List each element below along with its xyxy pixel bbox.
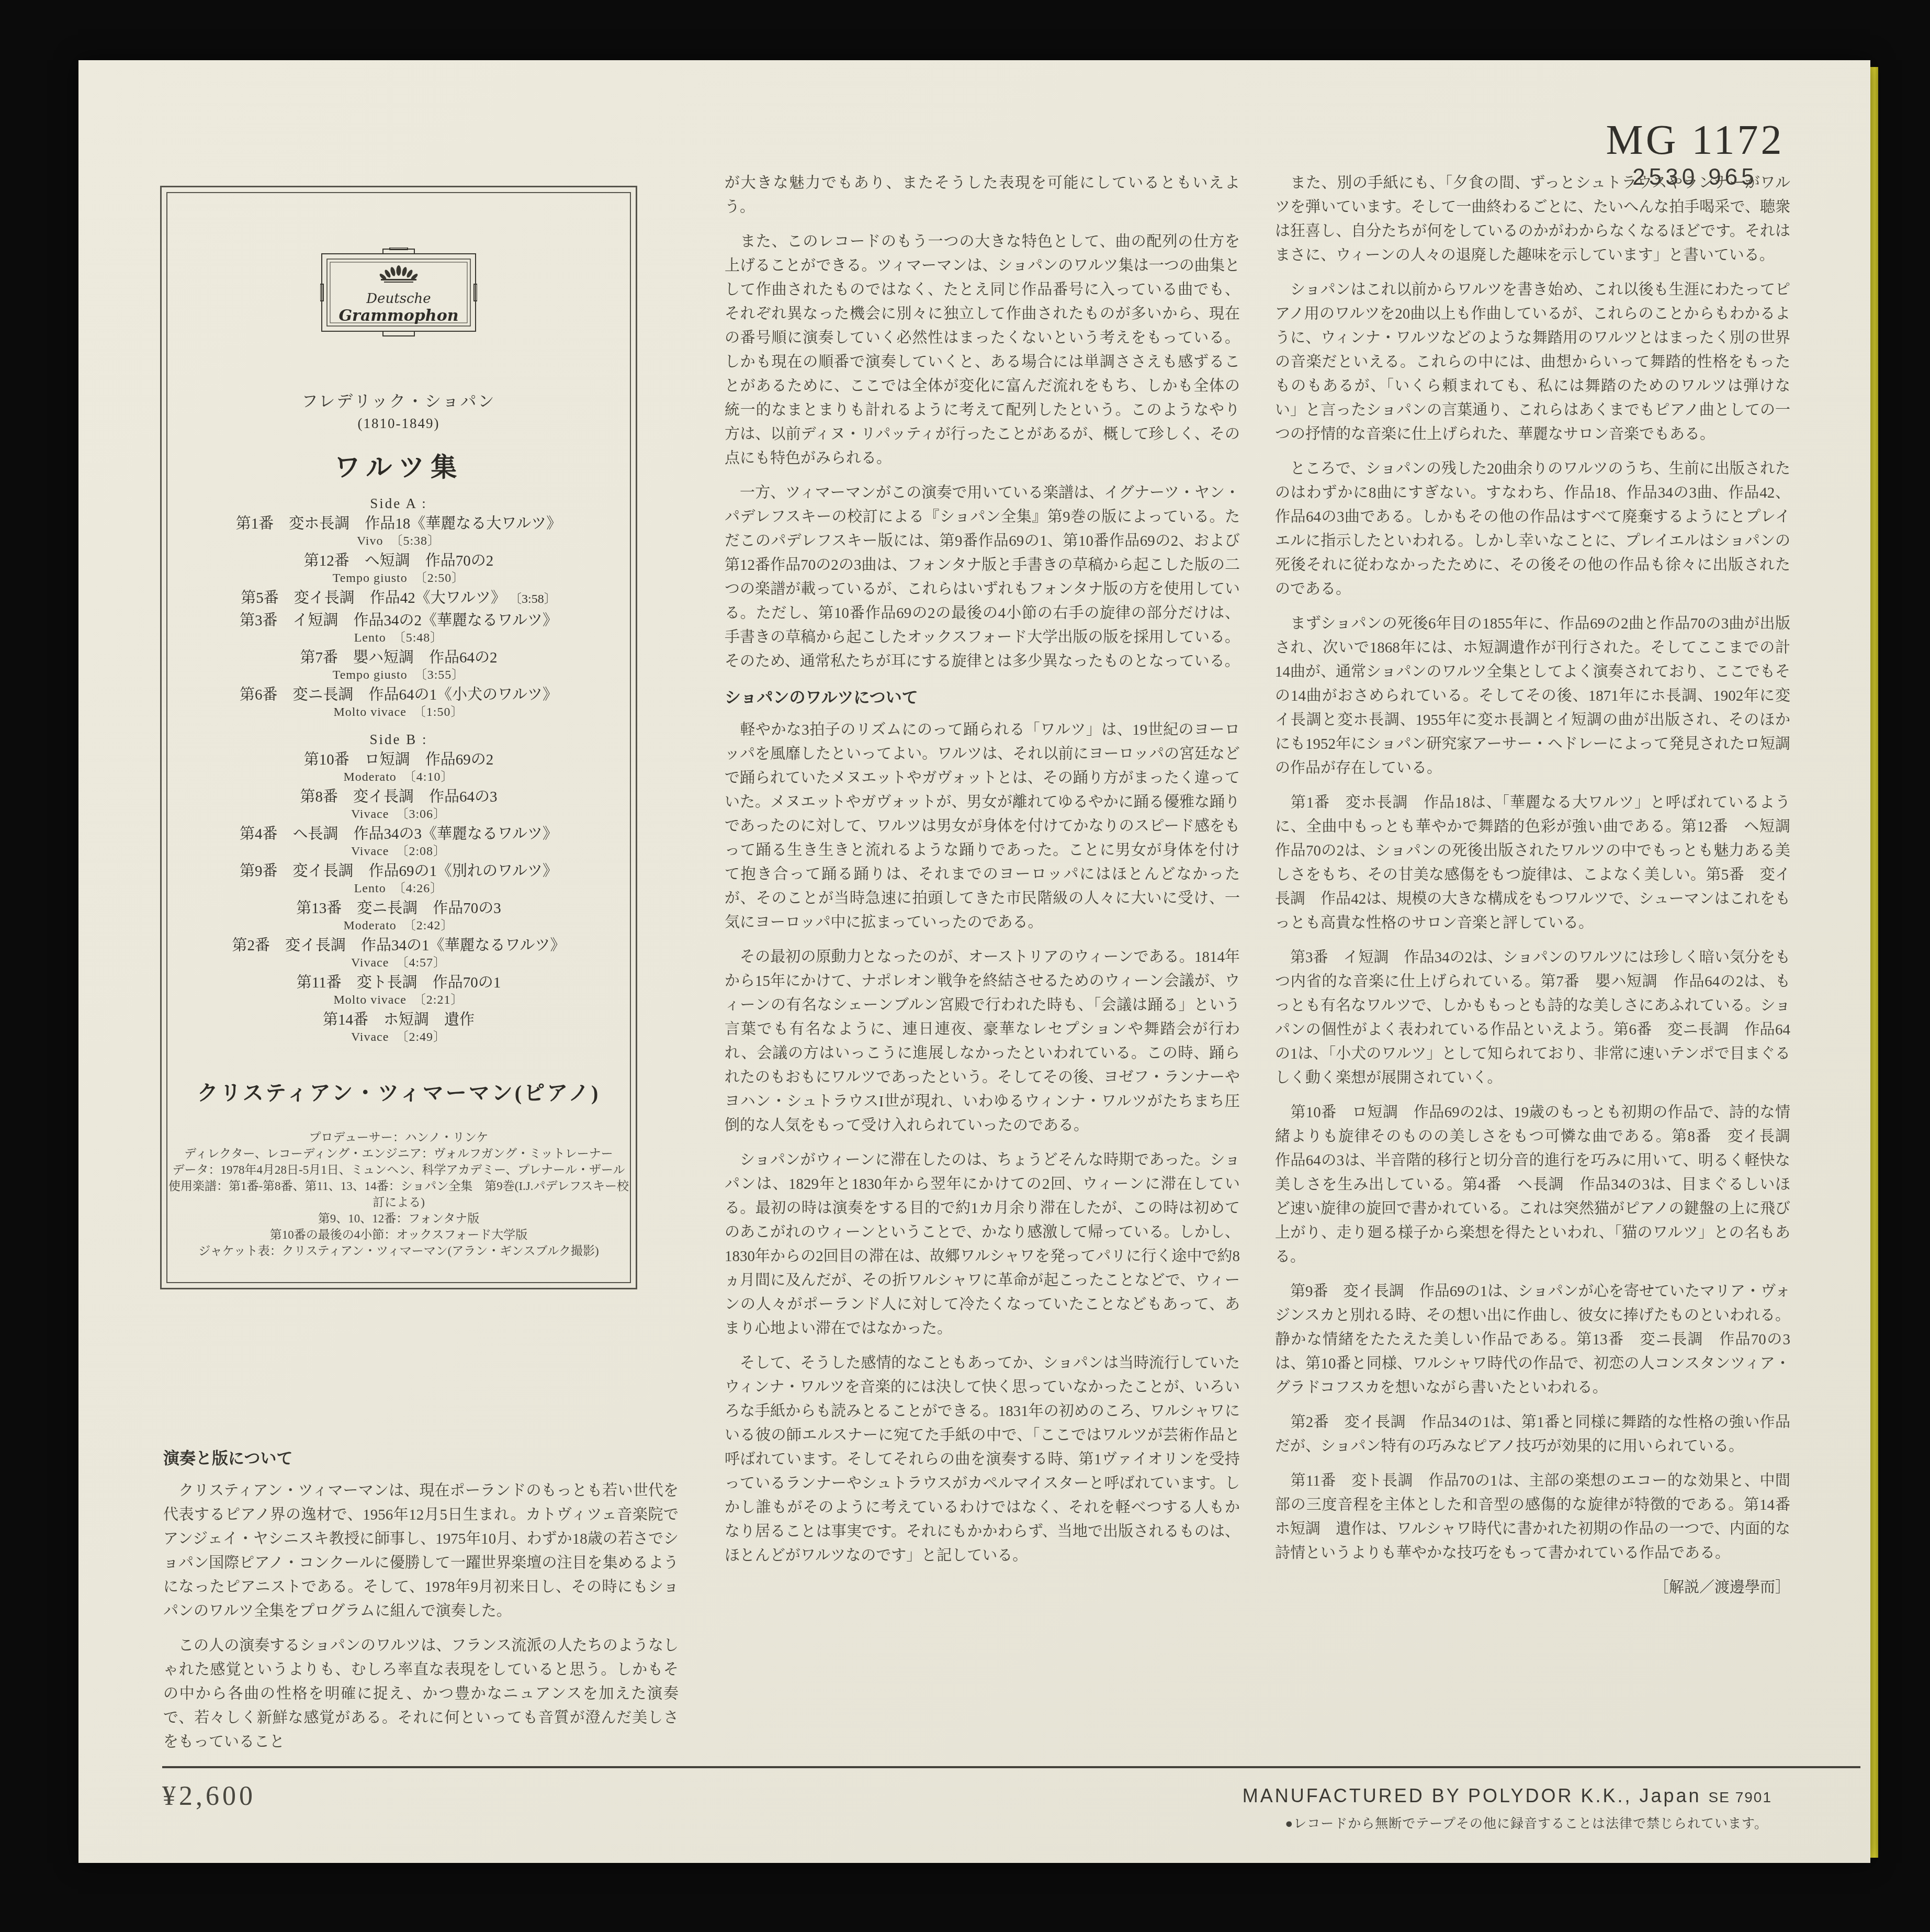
paragraph: 第3番 イ短調 作品34の2は、ショパンのワルツには珍しく暗い気分をもつ内省的な… xyxy=(1275,946,1790,1090)
track-row: 第11番 変ト長調 作品70の1 Molto vivace 〔2:21〕 xyxy=(167,973,630,1008)
section-heading-performance: 演奏と版について xyxy=(163,1445,679,1468)
track-time: 〔2:50〕 xyxy=(421,571,465,585)
copyright-notice: ●レコードから無断でテープその他に録音することは法律で禁じられています。 xyxy=(1285,1813,1768,1832)
section-heading-chopin-waltzes: ショパンのワルツについて xyxy=(725,684,1240,707)
catalog-number: MG 1172 xyxy=(1538,117,1852,164)
tempo-marking: Molto vivace xyxy=(334,705,407,719)
paragraph: その最初の原動力となったのが、オーストリアのウィーンである。1814年から15年… xyxy=(725,945,1240,1138)
track-time: 〔3:55〕 xyxy=(421,668,465,682)
track-time: 〔1:50〕 xyxy=(420,705,464,719)
tempo-marking: Moderato xyxy=(344,919,397,933)
track-tempo: Moderato 〔4:10〕 xyxy=(167,769,630,785)
track-title: 第11番 変ト長調 作品70の1 xyxy=(167,973,630,992)
track-title: 第5番 変イ長調 作品42《大ワルツ》〔3:58〕 xyxy=(167,589,630,609)
track-tempo: Lento 〔4:26〕 xyxy=(167,881,630,896)
manufacturer-line: MANUFACTURED BY POLYDOR K.K., JapanSE 79… xyxy=(1243,1785,1772,1807)
tempo-marking: Lento xyxy=(354,882,386,895)
track-tempo: Vivace 〔4:57〕 xyxy=(167,955,630,971)
column-right-notes: また、別の手紙にも、「夕食の間、ずっとシュトラウスやランナーがワルツを弾いていま… xyxy=(1275,171,1790,1597)
track-time: 〔5:38〕 xyxy=(396,534,441,548)
paragraph: 一方、ツィマーマンがこの演奏で用いている楽譜は、イグナーツ・ヤン・パデレフスキー… xyxy=(725,481,1240,673)
track-time: 〔5:48〕 xyxy=(399,631,444,645)
track-tempo: Tempo giusto 〔3:55〕 xyxy=(167,667,630,683)
column-middle-notes: が大きな魅力でもあり、またそうした表現を可能にしているともいえよう。 また、この… xyxy=(725,171,1240,1578)
track-title: 第3番 イ短調 作品34の2《華麗なるワルツ》 xyxy=(167,611,630,630)
composer-dates: (1810-1849) xyxy=(167,415,630,432)
paragraph: が大きな魅力でもあり、またそうした表現を可能にしているともいえよう。 xyxy=(725,171,1240,219)
artist-name: クリスティアン・ツィマーマン(ピアノ) xyxy=(167,1076,630,1106)
tempo-marking: Tempo giusto xyxy=(333,668,408,682)
track-title: 第8番 変イ長調 作品64の3 xyxy=(167,788,630,806)
paragraph: 第1番 変ホ長調 作品18は、「華麗なる大ワルツ」と呼ばれているように、全曲中も… xyxy=(1275,791,1790,935)
tempo-marking: Moderato xyxy=(344,770,397,784)
paragraph: また、別の手紙にも、「夕食の間、ずっとシュトラウスやランナーがワルツを弾いていま… xyxy=(1275,171,1790,267)
track-tempo: Molto vivace 〔1:50〕 xyxy=(167,704,630,720)
tempo-marking: Vivace xyxy=(351,807,389,821)
tempo-marking: Vivace xyxy=(351,845,389,858)
track-time: 〔2:49〕 xyxy=(402,1030,446,1044)
track-tempo: Vivace 〔2:08〕 xyxy=(167,844,630,859)
track-row: 第4番 ヘ長調 作品34の3《華麗なるワルツ》 Vivace 〔2:08〕 xyxy=(167,825,630,859)
track-title: 第1番 変ホ長調 作品18《華麗なる大ワルツ》 xyxy=(167,514,630,533)
column-performance-notes: 演奏と版について クリスティアン・ツィマーマンは、現在ポーランドのもっとも若い世… xyxy=(163,1435,679,1765)
track-row: 第2番 変イ長調 作品34の1《華麗なるワルツ》 Vivace 〔4:57〕 xyxy=(167,936,630,971)
credit-line-cover-photo: ジャケット表：クリスティアン・ツィマーマン(アラン・ギンスブルク撮影) xyxy=(167,1243,630,1259)
track-title: 第9番 変イ長調 作品69の1《別れのワルツ》 xyxy=(167,862,630,881)
composer-name: フレデリック・ショパン xyxy=(167,388,630,411)
footer-divider-rule xyxy=(162,1766,1860,1768)
manufacturer-text: MANUFACTURED BY POLYDOR K.K., Japan xyxy=(1243,1785,1701,1806)
paragraph: クリスティアン・ツィマーマンは、現在ポーランドのもっとも若い世代を代表するピアノ… xyxy=(163,1479,679,1623)
track-title: 第4番 ヘ長調 作品34の3《華麗なるワルツ》 xyxy=(167,825,630,844)
track-tempo: Lento 〔5:48〕 xyxy=(167,630,630,646)
paragraph: そして、そうした感情的なこともあってか、ショパンは当時流行していたウィンナ・ワル… xyxy=(725,1351,1240,1568)
track-tempo: Tempo giusto 〔2:50〕 xyxy=(167,570,630,586)
paragraph: 第11番 変ト長調 作品70の1は、主部の楽想のエコー的な効果と、中間部の三度音… xyxy=(1275,1469,1790,1565)
track-row: 第3番 イ短調 作品34の2《華麗なるワルツ》 Lento 〔5:48〕 xyxy=(167,611,630,646)
track-time: 〔2:21〕 xyxy=(420,993,464,1007)
paragraph: まずショパンの死後6年目の1855年に、作品69の2曲と作品70の3曲が出版され… xyxy=(1275,612,1790,780)
track-row: 第10番 ロ短調 作品69の2 Moderato 〔4:10〕 xyxy=(167,750,630,785)
track-title: 第6番 変ニ長調 作品64の1《小犬のワルツ》 xyxy=(167,686,630,704)
track-row: 第8番 変イ長調 作品64の3 Vivace 〔3:06〕 xyxy=(167,788,630,822)
side-a-label: Side A : xyxy=(167,496,630,512)
paragraph: 軽やかな3拍子のリズムにのって踊られる「ワルツ」は、19世紀のヨーロッパを風靡し… xyxy=(725,718,1240,935)
album-title: ワルツ集 xyxy=(167,446,630,484)
serial-number: SE 7901 xyxy=(1709,1789,1772,1805)
track-time: 〔4:26〕 xyxy=(399,882,444,895)
credit-line-score-2: 第9、10、12番：フォンタナ版 xyxy=(167,1210,630,1227)
inner-sleeve-edge xyxy=(1869,67,1878,1858)
track-title-text: 第5番 変イ長調 作品42《大ワルツ》 xyxy=(241,590,506,606)
paragraph: この人の演奏するショパンのワルツは、フランス流派の人たちのようなしゃれた感覚とい… xyxy=(163,1634,679,1754)
track-time: 〔2:42〕 xyxy=(410,919,454,933)
paragraph: ショパンはこれ以前からワルツを書き始め、これ以後も生涯にわたってピアノ用のワルツ… xyxy=(1275,278,1790,446)
track-tempo: Molto vivace 〔2:21〕 xyxy=(167,992,630,1008)
track-title: 第14番 ホ短調 遺作 xyxy=(167,1010,630,1029)
track-tempo: Moderato 〔2:42〕 xyxy=(167,918,630,934)
credit-line-score-3: 第10番の最後の4小節：オックスフォード大学版 xyxy=(167,1227,630,1243)
track-time: 〔4:10〕 xyxy=(410,770,454,784)
track-title: 第12番 ヘ短調 作品70の2 xyxy=(167,552,630,570)
commentary-byline: ［解説／渡邊學而］ xyxy=(1275,1576,1790,1597)
track-tempo: Vivace 〔3:06〕 xyxy=(167,806,630,822)
track-row: 第1番 変ホ長調 作品18《華麗なる大ワルツ》 Vivo 〔5:38〕 xyxy=(167,514,630,549)
track-row: 第14番 ホ短調 遺作 Vivace 〔2:49〕 xyxy=(167,1010,630,1045)
brand-word-1: Deutsche xyxy=(366,291,431,307)
track-title: 第13番 変ニ長調 作品70の3 xyxy=(167,899,630,918)
brand-word-2: Grammophon xyxy=(339,307,459,325)
track-row: 第6番 変ニ長調 作品64の1《小犬のワルツ》 Molto vivace 〔1:… xyxy=(167,686,630,720)
tempo-marking: Vivace xyxy=(351,956,389,970)
tempo-marking: Tempo giusto xyxy=(333,571,408,585)
paragraph: ところで、ショパンの残した20曲余りのワルツのうち、生前に出版されたのはわずかに… xyxy=(1275,457,1790,601)
credit-line-score-1: 使用楽譜：第1番-第8番、第11、13、14番：ショパン全集 第9巻(I.J.パ… xyxy=(167,1178,630,1210)
deutsche-grammophon-logo: Deutsche Grammophon xyxy=(320,248,477,338)
track-title: 第7番 嬰ハ短調 作品64の2 xyxy=(167,648,630,667)
info-box: Deutsche Grammophon フレデリック・ショパン (1810-18… xyxy=(160,186,637,1289)
track-row: 第12番 ヘ短調 作品70の2 Tempo giusto 〔2:50〕 xyxy=(167,552,630,586)
tulip-crest-icon xyxy=(379,265,419,283)
record-sleeve-back: MG 1172 2530 965 xyxy=(78,60,1870,1863)
track-tempo: Vivo 〔5:38〕 xyxy=(167,533,630,549)
credit-line-producer: プロデューサー：ハンノ・リンケ xyxy=(167,1129,630,1145)
tempo-marking: Molto vivace xyxy=(334,993,407,1007)
credits-block: プロデューサー：ハンノ・リンケ ディレクター、レコーディング・エンジニア：ヴォル… xyxy=(167,1129,630,1259)
track-time: 〔2:08〕 xyxy=(402,845,446,858)
tempo-marking: Vivo xyxy=(357,534,383,548)
track-time: 〔3:58〕 xyxy=(515,592,557,606)
photo-background: MG 1172 2530 965 xyxy=(0,0,1930,1932)
tempo-marking: Vivace xyxy=(351,1030,389,1044)
track-time: 〔4:57〕 xyxy=(402,956,446,970)
price-label: ¥2,600 xyxy=(162,1781,256,1812)
paragraph: ショパンがウィーンに滞在したのは、ちょうどそんな時期であった。ショパンは、182… xyxy=(725,1148,1240,1341)
track-row: 第9番 変イ長調 作品69の1《別れのワルツ》 Lento 〔4:26〕 xyxy=(167,862,630,896)
info-box-frame: Deutsche Grammophon フレデリック・ショパン (1810-18… xyxy=(166,192,631,1283)
track-row: 第13番 変ニ長調 作品70の3 Moderato 〔2:42〕 xyxy=(167,899,630,934)
paragraph: 第10番 ロ短調 作品69の2は、19歳のもっとも初期の作品で、詩的な情緒よりも… xyxy=(1275,1100,1790,1269)
track-title: 第10番 ロ短調 作品69の2 xyxy=(167,750,630,769)
credit-line-recording-data: データ：1978年4月28日-5月1日、ミュンヘン、科学アカデミー、プレナール・… xyxy=(167,1162,630,1178)
paragraph: また、このレコードのもう一つの大きな特色として、曲の配列の仕方を上げることができ… xyxy=(725,230,1240,470)
track-title: 第2番 変イ長調 作品34の1《華麗なるワルツ》 xyxy=(167,936,630,955)
track-row: 第5番 変イ長調 作品42《大ワルツ》〔3:58〕 xyxy=(167,589,630,609)
tempo-marking: Lento xyxy=(354,631,386,645)
paragraph: 第2番 変イ長調 作品34の1は、第1番と同様に舞踏的な性格の強い作品だが、ショ… xyxy=(1275,1410,1790,1458)
paragraph: 第9番 変イ長調 作品69の1は、ショパンが心を寄せていたマリア・ヴォジンスカと… xyxy=(1275,1279,1790,1400)
track-time: 〔3:06〕 xyxy=(402,807,446,821)
credit-line-engineer: ディレクター、レコーディング・エンジニア：ヴォルフガング・ミットレーナー xyxy=(167,1145,630,1162)
side-b-label: Side B : xyxy=(167,732,630,748)
track-tempo: Vivace 〔2:49〕 xyxy=(167,1029,630,1045)
track-row: 第7番 嬰ハ短調 作品64の2 Tempo giusto 〔3:55〕 xyxy=(167,648,630,683)
